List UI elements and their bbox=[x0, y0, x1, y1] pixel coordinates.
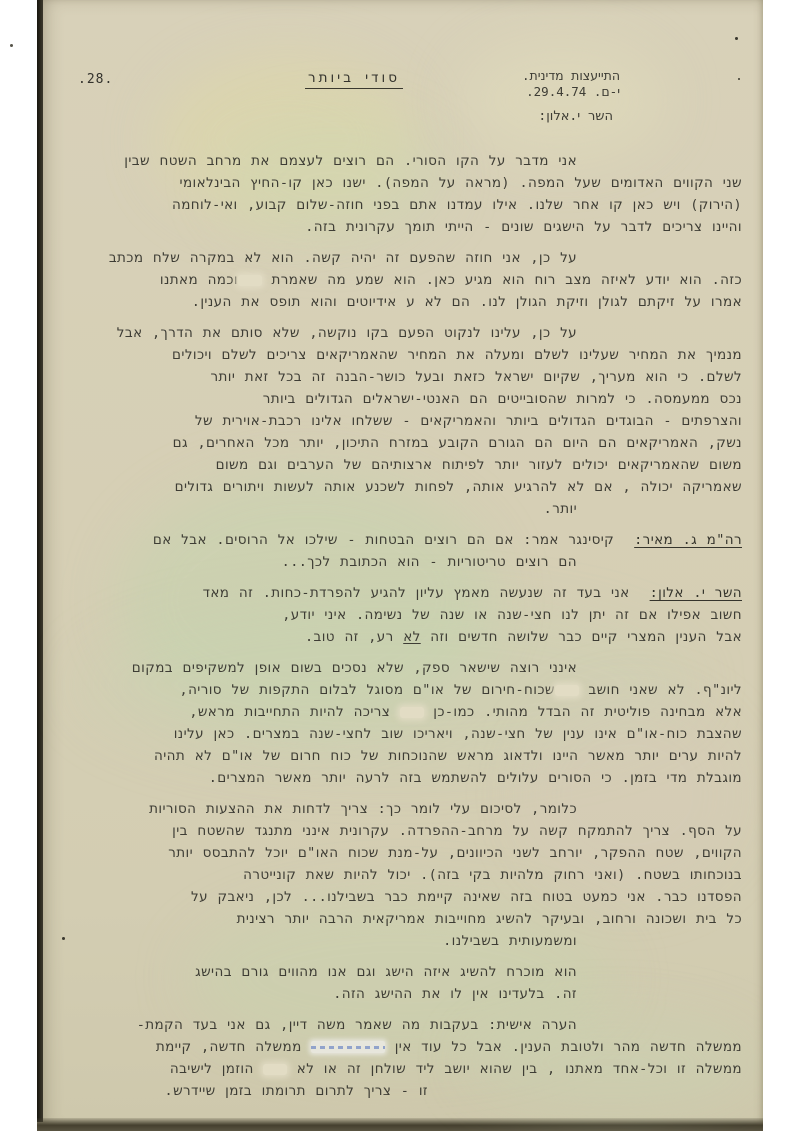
text-line: הם רוצים טריטוריות - הוא הכתובת לכך... bbox=[90, 551, 742, 573]
text-line: מנמיך את המחיר שעלינו לשלם ומעלה את המחי… bbox=[90, 344, 742, 366]
paragraph: רה"מ ג. מאיר:קיסינגר אמר: אם הם רוצים הב… bbox=[90, 529, 742, 573]
text-line: כל בית ושכונה ורחוב, ובעיקר להשיג מחוייב… bbox=[90, 908, 742, 930]
text-line: לשלם. כי הוא מעריך, שקיום ישראל כזאת ובע… bbox=[90, 366, 742, 388]
classification-stamp: סודי ביותר bbox=[305, 70, 403, 89]
text-line: חשוב אפילו אם זה יתן לנו חצי-שנה או שנה … bbox=[90, 604, 742, 626]
speaker-label: השר י. אלון: bbox=[650, 585, 742, 601]
text-line: אינני רוצה שישאר ספק, שלא נסכים בשום אופ… bbox=[90, 657, 742, 679]
text-line: הקווים, שטח ההפקר, יורחב לשני הכיוונים, … bbox=[90, 842, 742, 864]
text-line: אבל הענין המצרי קיים כבר שלושה חדשים וזה… bbox=[90, 626, 742, 648]
speaker-label: רה"מ ג. מאיר: bbox=[634, 532, 742, 548]
document-page: .28. סודי ביותר התייעצות מדינית. י-ם. 29… bbox=[37, 0, 763, 1131]
paragraph: על כן, עלינו לנקוט הפעם בקו נוקשה, שלא ס… bbox=[90, 322, 742, 520]
document-header: התייעצות מדינית. י-ם. 29.4.74. bbox=[522, 68, 620, 99]
dust-speck bbox=[10, 44, 13, 47]
text-line: והיינו צריכים לדבר על הישגים שונים - היי… bbox=[90, 216, 742, 238]
text-line: להיות ערים יותר מאשר היינו ולדאוג מראש ש… bbox=[90, 745, 742, 767]
page-number: .28. bbox=[78, 72, 113, 87]
paragraph: השר י. אלון:אני בעד זה שנעשה מאמץ עליון … bbox=[90, 582, 742, 648]
text-line: והצרפתים - הבוגדים הגדולים ביותר והאמריק… bbox=[90, 410, 742, 432]
whiteout-mark bbox=[555, 685, 579, 696]
document-body: אני מדבר על הקו הסורי. הם רוצים לעצמם את… bbox=[90, 150, 742, 1111]
whiteout-mark bbox=[263, 1064, 287, 1075]
blue-correction-mark bbox=[311, 1041, 385, 1053]
text-line: השר י. אלון:אני בעד זה שנעשה מאמץ עליון … bbox=[90, 582, 742, 604]
paragraph: אינני רוצה שישאר ספק, שלא נסכים בשום אופ… bbox=[90, 657, 742, 789]
text-line: כזה. הוא יודע לאיזה מצב רוח הוא מגיע כאן… bbox=[90, 269, 742, 291]
underlined-word: לא bbox=[403, 629, 421, 645]
scan-tint-blob bbox=[457, 35, 667, 165]
text-line: כלומר, לסיכום עלי לומר כך: צריך לדחות את… bbox=[90, 798, 742, 820]
text-line: על כן, אני חוזה שהפעם זה יהיה קשה. הוא ל… bbox=[90, 247, 742, 269]
paragraph: הוא מוכרח להשיג איזה הישג וגם אנו מהווים… bbox=[90, 961, 742, 1005]
text-line: זה. בלעדינו אין לו את ההישג הזה. bbox=[90, 983, 742, 1005]
paragraph: אני מדבר על הקו הסורי. הם רוצים לעצמם את… bbox=[90, 150, 742, 238]
text-line: הפסדנו כבר. אני כמעט בטוח בזה שאינה קיימ… bbox=[90, 886, 742, 908]
dust-speck bbox=[738, 78, 740, 80]
paragraph: כלומר, לסיכום עלי לומר כך: צריך לדחות את… bbox=[90, 798, 742, 952]
text-line: משום שהאמריקאים יכולים לעזור יותר לפיתוח… bbox=[90, 454, 742, 476]
whiteout-mark bbox=[400, 707, 424, 718]
page-left-edge bbox=[37, 0, 43, 1122]
text-line: מוגבלת מדי בזמן. כי הסורים עלולים להשתמש… bbox=[90, 767, 742, 789]
text-line: אני מדבר על הקו הסורי. הם רוצים לעצמם את… bbox=[90, 150, 742, 172]
scanned-document: { "page": { "number": ".28.", "classific… bbox=[0, 0, 800, 1131]
paragraph: הערה אישית: בעקבות מה שאמר משה דיין, גם … bbox=[90, 1014, 742, 1102]
text-line: אלא מבחינה פוליטית זה הבדל מהותי. כמו-כן… bbox=[90, 701, 742, 723]
text-line: זו - צריך לתרום תרומתו בזמן שיידרש. bbox=[90, 1080, 742, 1102]
text-line: ליונ"ף. לא שאני חושב שכוח-חירום של או"ם … bbox=[90, 679, 742, 701]
dust-speck bbox=[735, 37, 738, 40]
speaker-intro: השר י.אלון: bbox=[538, 109, 613, 124]
text-line: שהצבת כוח-או"ם אינו ענין של חצי-שנה, ויא… bbox=[90, 723, 742, 745]
text-line: ממשלה זו וכל-אחד מאתנו , בין שהוא יושב ל… bbox=[90, 1058, 742, 1080]
text-line: בנוכחותו בשטח. (ואני רחוק מלהיות בקי בזה… bbox=[90, 864, 742, 886]
date-place-line: י-ם. 29.4.74. bbox=[522, 84, 620, 100]
dust-speck bbox=[62, 937, 65, 940]
text-line: נשק, האמריקאים הם היום הם הגורם הקובע במ… bbox=[90, 432, 742, 454]
meeting-type-line: התייעצות מדינית. bbox=[522, 68, 620, 84]
text-line: שאמריקה יכולה , אם לא להרגיע אותה, לפחות… bbox=[90, 476, 742, 498]
text-line: ממשלה חדשה מהר ולטובת הענין. אבל כל עוד … bbox=[90, 1036, 742, 1058]
text-line: ומשמעותית בשבילנו. bbox=[90, 930, 742, 952]
text-line: יותר. bbox=[90, 498, 742, 520]
paragraph: על כן, אני חוזה שהפעם זה יהיה קשה. הוא ל… bbox=[90, 247, 742, 313]
text-line: (הירוק) ויש כאן קו אחר שלנו. אילו עמדנו … bbox=[90, 194, 742, 216]
text-line: הערה אישית: בעקבות מה שאמר משה דיין, גם … bbox=[90, 1014, 742, 1036]
text-line: אמרו על זיקתם לגולן וזיקת הגולן לנו. הם … bbox=[90, 291, 742, 313]
page-bottom-edge bbox=[37, 1118, 763, 1131]
text-line: רה"מ ג. מאיר:קיסינגר אמר: אם הם רוצים הב… bbox=[90, 529, 742, 551]
text-line: על כן, עלינו לנקוט הפעם בקו נוקשה, שלא ס… bbox=[90, 322, 742, 344]
text-line: על הסף. צריך להתמקח קשה על מרחב-ההפרדה. … bbox=[90, 820, 742, 842]
whiteout-mark bbox=[238, 275, 262, 286]
text-line: הוא מוכרח להשיג איזה הישג וגם אנו מהווים… bbox=[90, 961, 742, 983]
text-line: שני הקווים האדומים שעל המפה. (מראה על המ… bbox=[90, 172, 742, 194]
text-line: נכס ממעמסה. כי למרות שהסובייטים הם האנטי… bbox=[90, 388, 742, 410]
